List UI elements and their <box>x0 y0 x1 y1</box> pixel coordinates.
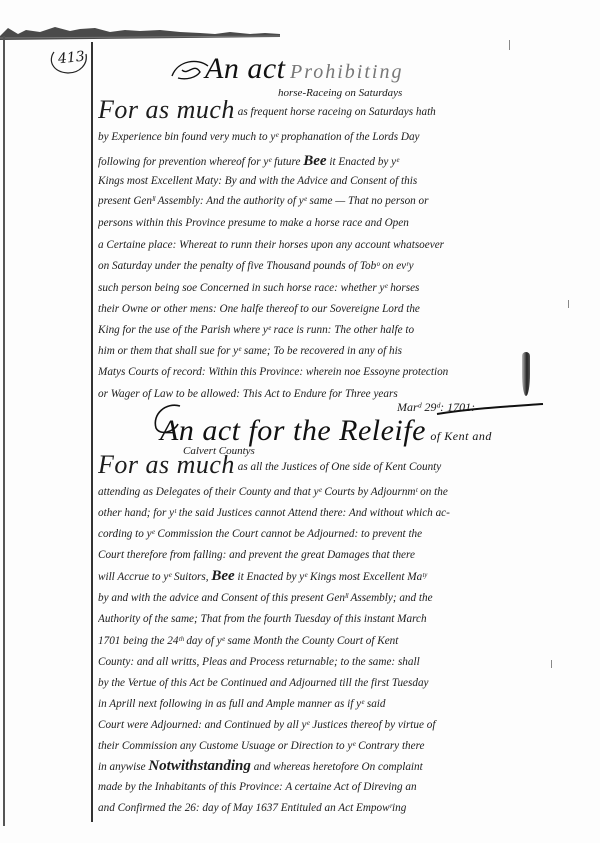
left-page-edge <box>3 36 5 826</box>
act2-line-2: attending as Delegates of their County a… <box>98 482 538 502</box>
ink-smudge <box>522 352 530 396</box>
act2-line-15: in anywise Notwithstanding and whereas h… <box>98 756 538 776</box>
act2-line-12: in Aprill next following in as full and … <box>98 694 538 714</box>
act1-line-8: on Saturday under the penalty of five Th… <box>98 256 538 276</box>
act1-title: An act Prohibiting <box>205 52 403 86</box>
act1-line-13: Matys Courts of record: Within this Prov… <box>98 362 538 382</box>
act2-line-8: Authority of the same; That from the fou… <box>98 609 538 629</box>
act2-line-5: Court therefore from falling: and preven… <box>98 545 538 565</box>
act2-line-7: by and with the advice and Consent of th… <box>98 588 538 608</box>
act1-line-11: King for the use of the Parish where yᵉ … <box>98 320 538 340</box>
act2-title: An act for the Releife of Kent and <box>160 414 492 448</box>
scan-speck <box>568 300 569 308</box>
scan-speck <box>551 660 552 668</box>
act2-line-3: other hand; for yᵗ the said Justices can… <box>98 503 538 523</box>
act1-line-1: For as much as frequent horse raceing on… <box>98 100 538 120</box>
act1-line-10: their Owne or other mens: One halfe ther… <box>98 299 538 319</box>
act2-line-10: County: and all writts, Pleas and Proces… <box>98 652 538 672</box>
act2-line-13: Court were Adjourned: and Continued by a… <box>98 715 538 735</box>
act2-line-4: cording to yᵉ Commission the Court canno… <box>98 524 538 544</box>
act1-line-12: him or them that shall sue for yᵉ same; … <box>98 341 538 361</box>
act2-line-11: by the Vertue of this Act be Continued a… <box>98 673 538 693</box>
act1-line-9: such person being soe Concerned in such … <box>98 278 538 298</box>
act1-line-4: Kings most Excellent Maty: By and with t… <box>98 171 538 191</box>
heading-underline-flourish <box>435 402 545 416</box>
act2-line-6: will Accrue to yᵉ Suitors, Bee it Enacte… <box>98 566 538 586</box>
folio-number: 413 <box>57 49 85 68</box>
act2-line-14: their Commission any Custome Usuage or D… <box>98 736 538 756</box>
margin-rule <box>91 42 93 822</box>
act1-line-6: persons within this Province presume to … <box>98 213 538 233</box>
manuscript-page: 413 An act Prohibiting horse-Raceing on … <box>0 0 600 843</box>
act1-line-5: present Genˡˡ Assembly: And the authorit… <box>98 191 538 211</box>
act1-line-2: by Experience bin found very much to yᵉ … <box>98 127 538 147</box>
act1-line-7: a Certaine place: Whereat to runn their … <box>98 235 538 255</box>
act2-line-16: made by the Inhabitants of this Province… <box>98 777 538 797</box>
torn-top-edge <box>0 22 280 44</box>
act2-line-9: 1701 being the 24ᵗʰ day of yᵉ same Month… <box>98 631 538 651</box>
act1-line-3: following for prevention whereof for yᵉ … <box>98 151 538 171</box>
scan-speck <box>509 40 510 50</box>
act1-subtitle: horse-Raceing on Saturdays <box>278 87 402 99</box>
act2-line-1: For as much as all the Justices of One s… <box>98 455 538 475</box>
act2-line-17: and Confirmed the 26: day of May 1637 En… <box>98 798 538 818</box>
